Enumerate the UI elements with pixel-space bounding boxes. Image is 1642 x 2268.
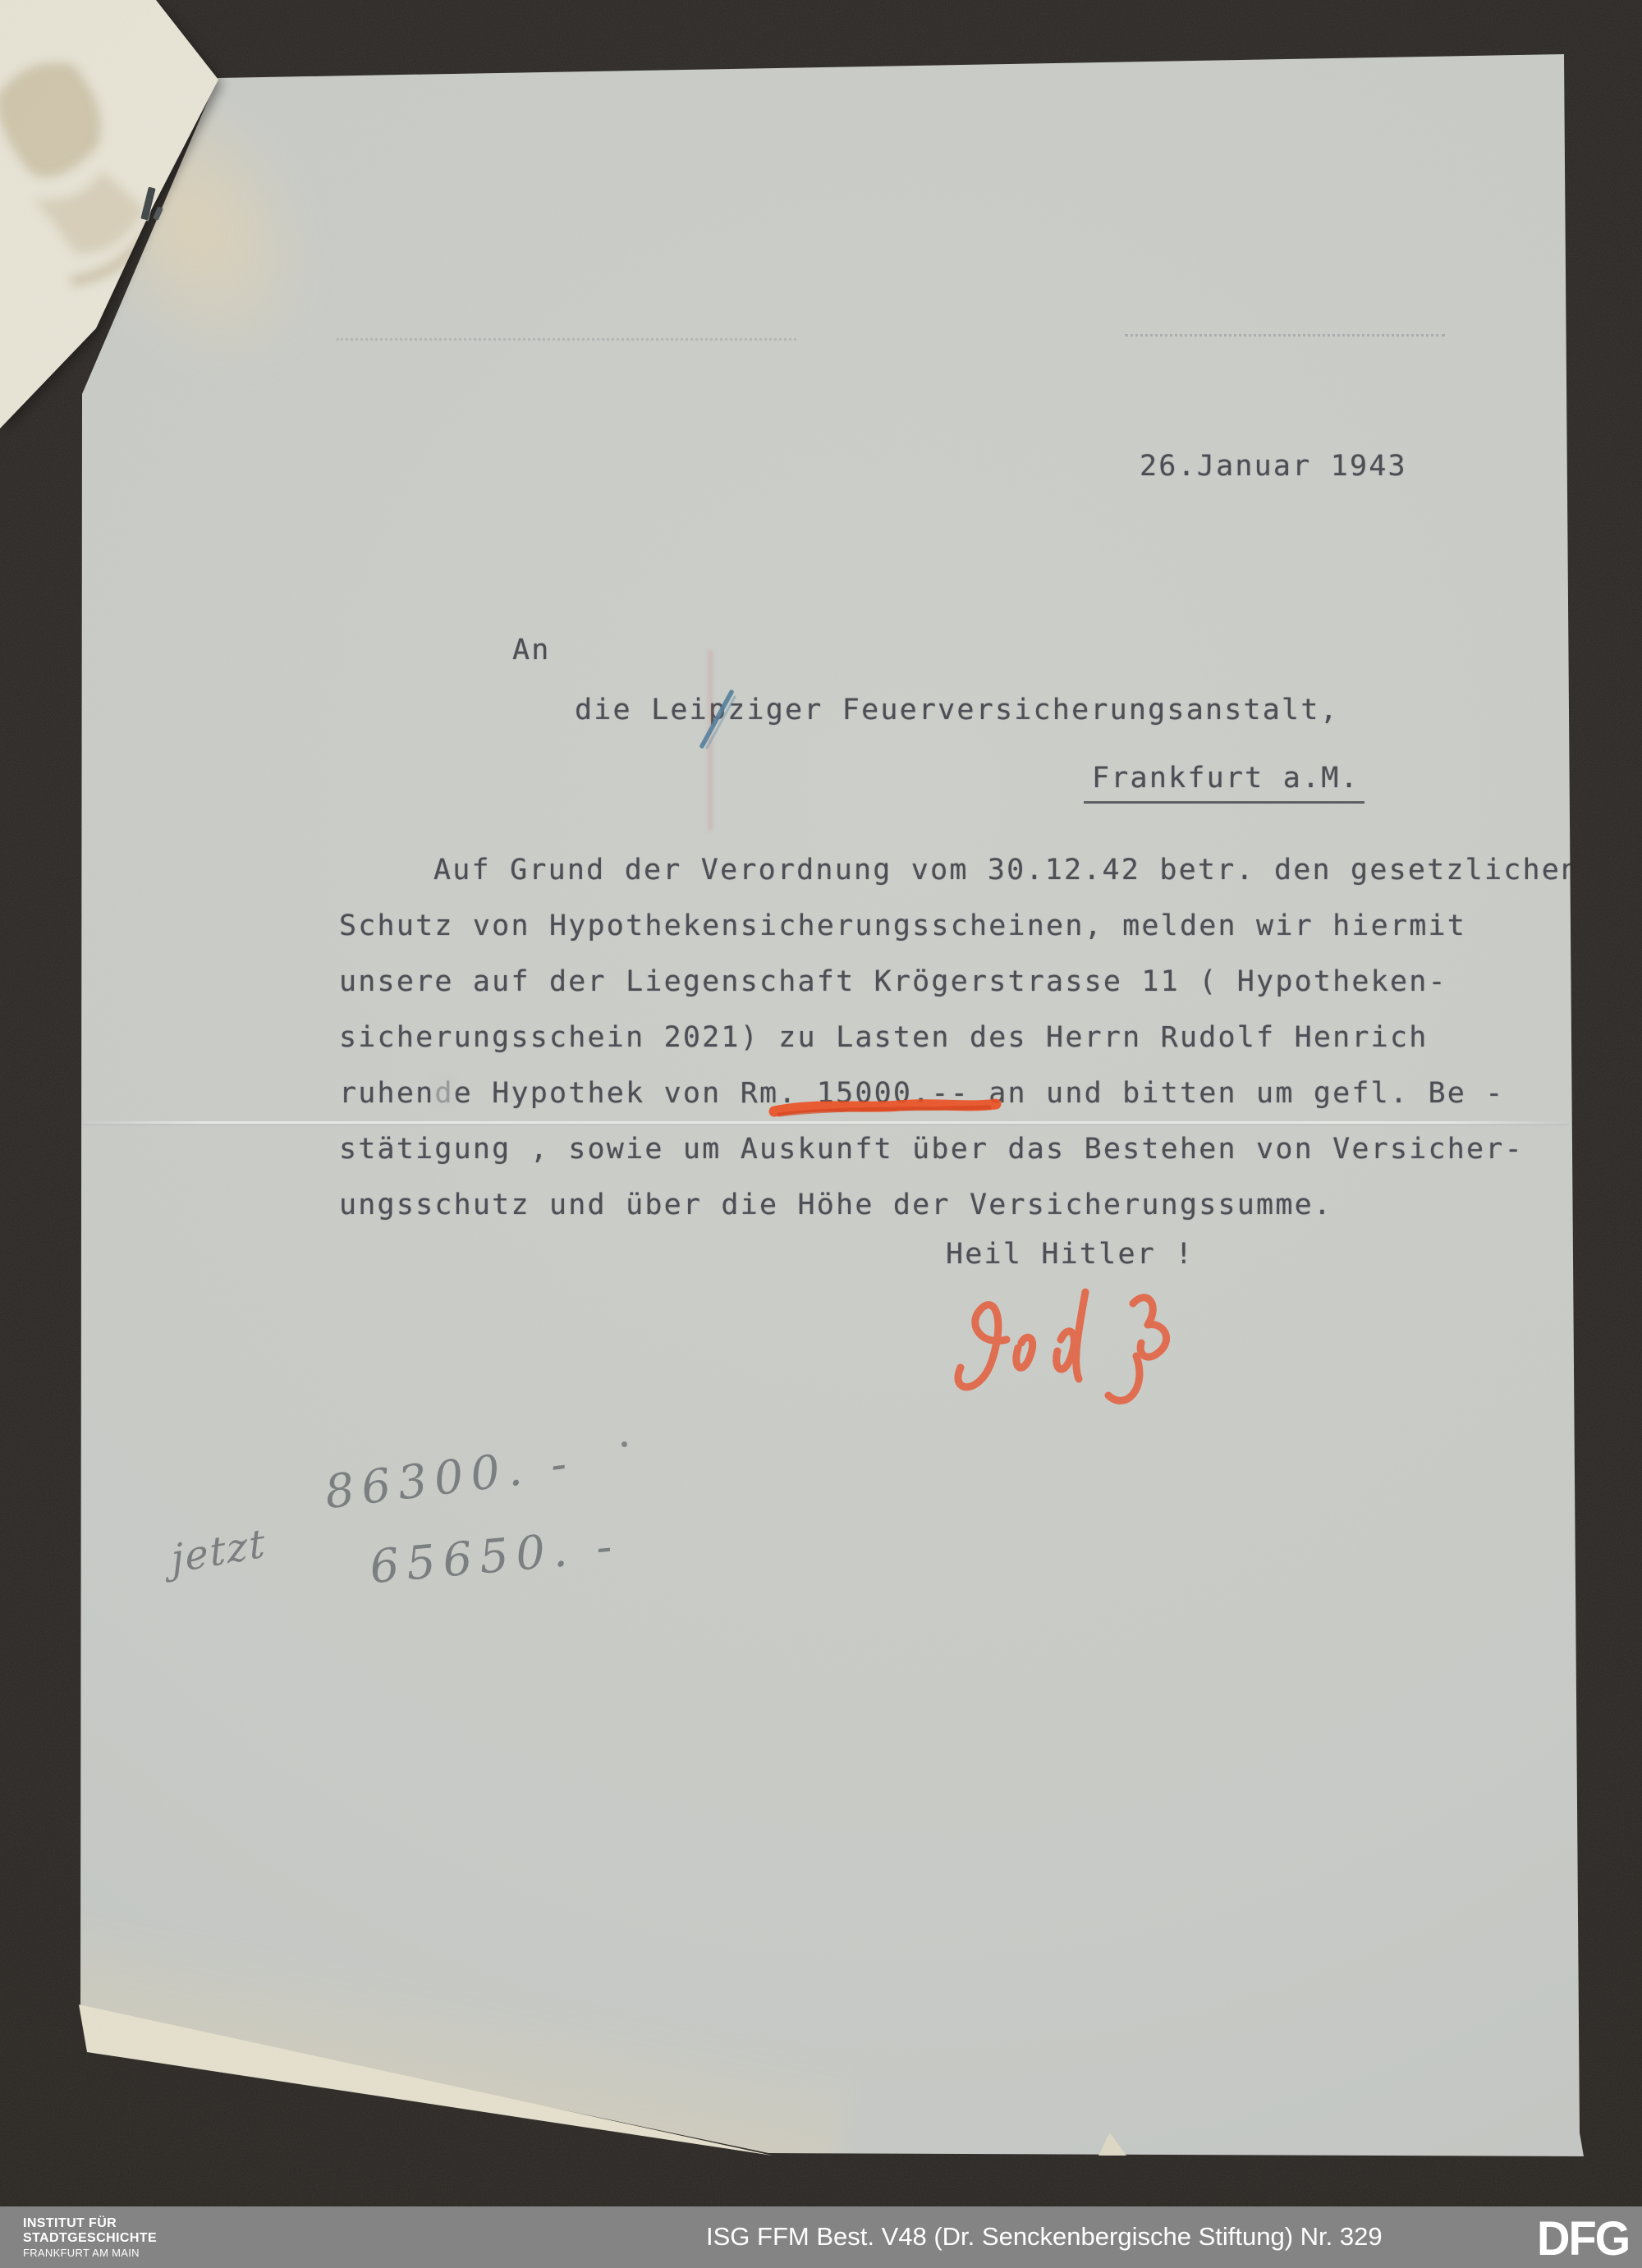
dfg-logo: DFG	[1537, 2210, 1629, 2266]
pencil-dot	[621, 1441, 627, 1447]
closing-line: Heil Hitler !	[946, 1238, 1195, 1271]
paper-discoloration-top-left	[22, 7, 454, 485]
pencil-jetzt-label: jetzt	[170, 1520, 268, 1583]
pencil-amount-old: 86300. -	[322, 1436, 576, 1520]
body-line: ungsschutz und über die Höhe der Versich…	[339, 1189, 1332, 1221]
body-line: Auf Grund der Verordnung vom 30.12.42 be…	[433, 854, 1580, 887]
recipient-city: Frankfurt a.M.	[1092, 762, 1360, 795]
blue-pencil-slash	[694, 685, 743, 754]
institute-line: INSTITUT FÜR	[23, 2216, 157, 2231]
red-crayon-underline	[768, 1092, 1006, 1125]
letter-date: 26.Januar 1943	[1140, 450, 1407, 483]
body-line: stätigung , sowie um Auskunft über das B…	[339, 1133, 1524, 1166]
pencil-amount-new: 65650. -	[368, 1519, 621, 1594]
body-line: sicherungsschein 2021) zu Lasten des Her…	[339, 1021, 1429, 1054]
red-pencil-signature	[936, 1271, 1215, 1418]
recipient-line: die Leipziger Feuerversicherungsanstalt,	[575, 694, 1339, 726]
institute-line: FRANKFURT AM MAIN	[23, 2246, 157, 2261]
body-line: unsere auf der Liegenschaft Krögerstrass…	[339, 965, 1447, 998]
faded-letter-smudge	[433, 1074, 455, 1108]
institute-line: STADTGESCHICHTE	[23, 2231, 157, 2246]
salutation: An	[512, 634, 551, 667]
body-line: Schutz von Hypothekensicherungsscheinen,…	[339, 909, 1466, 942]
faint-impression-line-left	[337, 338, 796, 341]
archive-reference-caption: ISG FFM Best. V48 (Dr. Senckenbergische …	[706, 2222, 1383, 2252]
city-underline	[1084, 801, 1365, 804]
faint-impression-line-right	[1125, 334, 1445, 337]
archival-scan-page: 26.Januar 1943 An die Leipziger Feuerver…	[0, 0, 1642, 2268]
letter-sheet: 26.Januar 1943 An die Leipziger Feuerver…	[0, 0, 1642, 2268]
institute-wordmark: INSTITUT FÜR STADTGESCHICHTE FRANKFURT A…	[23, 2216, 157, 2261]
